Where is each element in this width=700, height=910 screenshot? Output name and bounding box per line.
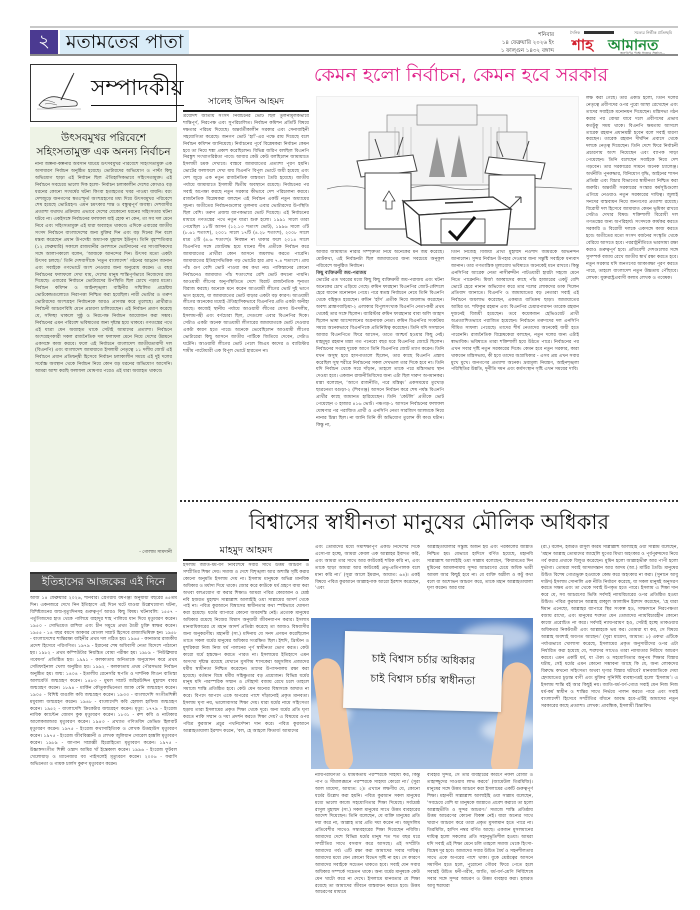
top-article-column-2-intro: আবার জামায়াত নারীর সম্পৃক্ততা নিয়ে অনে… xyxy=(316,250,444,269)
history-section-header: ইতিহাসের আজকের এই দিনে xyxy=(30,572,177,592)
top-article-subhead: কিছু ব্যক্তিক্রমী জয়-পরাজয় xyxy=(316,271,444,278)
placard: চাই বিশ্বাস চর্চার অধিকার চাই বিশ্বাস চর… xyxy=(343,631,503,712)
editorial-body: নানা জল্পনা-কল্পনার অবসান ঘটিয়ে উৎসবমুখ… xyxy=(35,162,172,549)
editorial-title-line1: উৎসবমুখর পরিবেশে xyxy=(35,131,172,145)
top-article-column-3: তিনি নিজেই বিজয়ী প্রার্থী মুহাম্মদ নওশা… xyxy=(451,250,579,496)
article-separator xyxy=(180,500,678,502)
section-title: মতামতের পাতা xyxy=(60,30,189,54)
bottom-article-column-2: এবং তোমাদের মধ্যে সমশিক্ষাপূর্ণ একটি নির… xyxy=(315,545,420,617)
left-column: সম্পাদকীয় উৎসবমুখর পরিবেশে সহিংসতামুক্ত… xyxy=(30,64,177,806)
bottom-article-column-4: (রা.) বলেন, হজরত রাসুল করিম সাল্লাল্লাহু… xyxy=(541,545,678,893)
top-article-column-2-body: ভোটের এত খবরের মধ্যে কিছু কিছু ব্যক্তিক্… xyxy=(316,278,444,428)
placard-line-1: চাই বিশ্বাস চর্চার অধিকার xyxy=(352,651,494,669)
dateline-english-date: ১৪ ফেব্রুয়ারি ২০২৬ ইং xyxy=(478,39,554,47)
top-article-column-2: আবার জামায়াত নারীর সম্পৃক্ততা নিয়ে অনে… xyxy=(316,250,444,496)
bottom-article-column-2b: ন্যায়পরায়ণতা ও ধার্মিকতায় পরস্পরকে সা… xyxy=(315,773,420,893)
parliament-ballot-box-icon xyxy=(317,97,580,247)
dateline-bangla-date: ১ ফাল্গুন ১৪৩২ বঙ্গাব্দ xyxy=(478,47,554,55)
dateline-day: শনিবার xyxy=(478,31,554,39)
bottom-article-column-3b: ব্যবহার সুন্দর, সে তার ব্যবহারের কারণে ন… xyxy=(427,773,533,893)
editorial-label: সম্পাদকীয় xyxy=(91,73,184,106)
editorial-banner: সম্পাদকীয় xyxy=(30,64,177,122)
dateline: শনিবার ১৪ ফেব্রুয়ারি ২০২৬ ইং ১ ফাল্গুন … xyxy=(478,31,554,55)
placard-photo: চাই বিশ্বাস চর্চার অধিকার চাই বিশ্বাস চর… xyxy=(311,618,533,769)
editorial-article: উৎসবমুখর পরিবেশে সহিংসতামুক্ত এক অনন্য ন… xyxy=(30,127,177,562)
top-article-headline: কেমন হলো নির্বাচন, কেমন হবে সরকার xyxy=(246,62,676,88)
bottom-article-column-3: আল্লাহতায়ালার সন্তুষ্টি অর্জন হয় এবং প… xyxy=(427,545,533,617)
placard-line-2: চাই বিশ্বাস চর্চার স্বাধীনতা xyxy=(352,671,494,689)
history-body: আজ ১৪ ফেব্রুয়ারি ২০২৬, শনিবার। গ্রেগরীয… xyxy=(30,596,177,806)
bottom-article-column-1: ইসলাম জাতি-ধর্ম-বর্ণ নির্বিশেষে সবার সাথ… xyxy=(183,563,309,893)
page-number: ২ xyxy=(30,30,58,54)
page-header: ২ মতামতের পাতা শনিবার ১৪ ফেব্রুয়ারি ২০২… xyxy=(30,26,678,56)
editorial-title-line2: সহিংসতামুক্ত এক অনন্য নির্বাচন xyxy=(35,145,172,159)
top-article-column-4: লক্ষ করা গেছে। তার একটি হলো, তিনি দলের ন… xyxy=(586,96,678,496)
writing-hand-icon xyxy=(37,71,81,113)
editorial-signature: - গোলাম সামদানী xyxy=(35,549,172,556)
bottom-article-headline: বিশ্বাসের স্বাধীনতা মানুষের মৌলিক অধিকার xyxy=(180,508,678,536)
top-article-byline: সালেহ উদ্দিন আহমদ xyxy=(183,96,309,112)
masthead-logo: দৈনিক সত্যের নির্ভীক প্রতিচ্ছবি শাহ আমান… xyxy=(570,30,678,56)
election-illustration xyxy=(316,96,579,246)
top-article-column-1: ত্রয়োদশ জাতীয় সংসদ নির্বাচনের ভোট ছিল … xyxy=(183,114,309,494)
masthead-slogan: জনগণের পক্ষে সত্যের সন্ধানে... xyxy=(620,51,665,57)
bottom-article-byline: মাহমুদ আহমদ xyxy=(183,545,309,561)
masthead-name-shah: শাহ xyxy=(572,34,593,59)
